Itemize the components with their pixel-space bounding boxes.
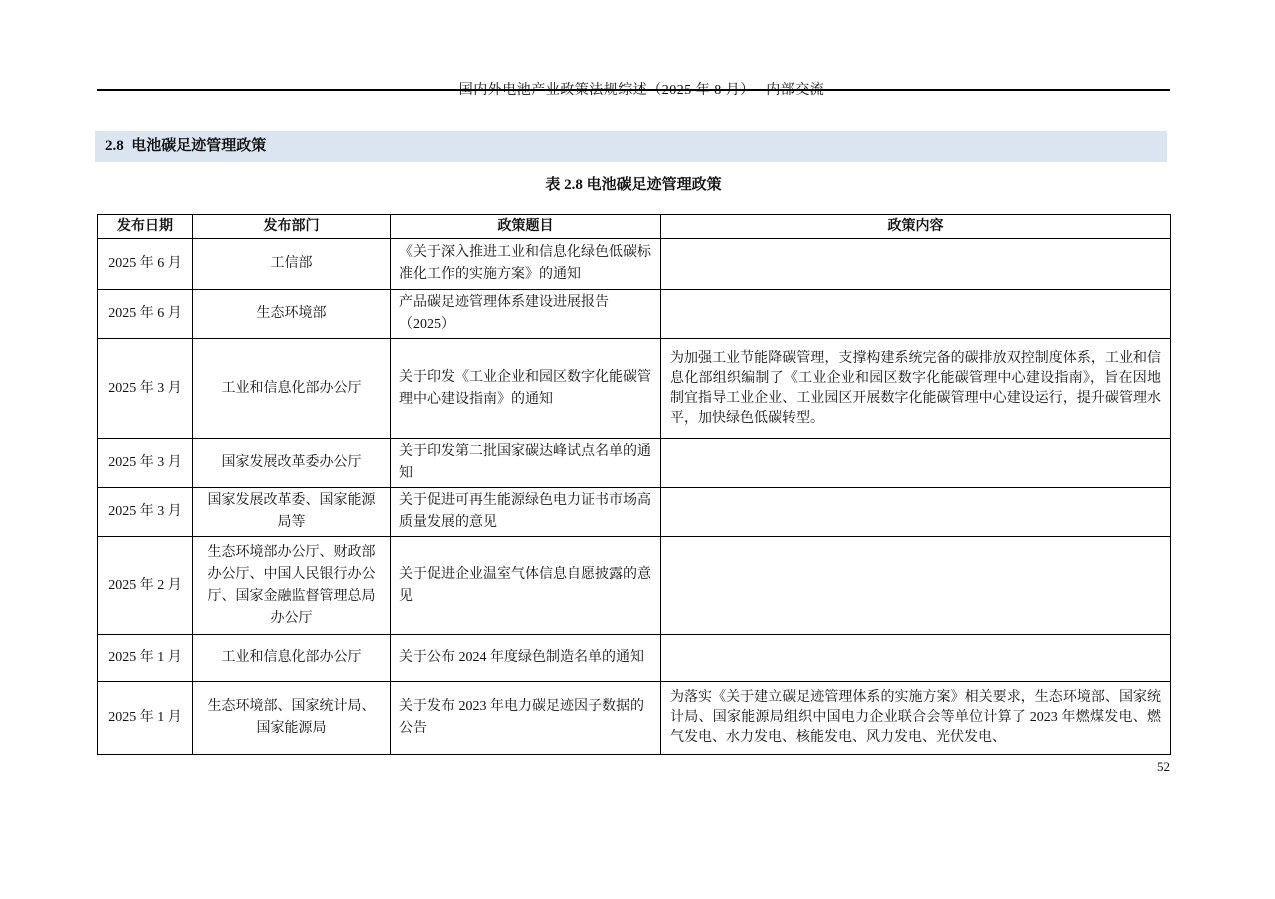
cell-policy-content: 为落实《关于建立碳足迹管理体系的实施方案》相关要求，生态环境部、国家统计局、国家… [661,682,1171,755]
cell-policy-title: 关于促进可再生能源绿色电力证书市场高质量发展的意见 [391,488,661,537]
cell-policy-content [661,439,1171,488]
table-row: 2025 年 3 月 国家发展改革委、国家能源局等 关于促进可再生能源绿色电力证… [98,488,1171,537]
table-header-row: 发布日期 发布部门 政策题目 政策内容 [98,215,1171,239]
cell-department: 生态环境部、国家统计局、国家能源局 [193,682,391,755]
cell-date: 2025 年 1 月 [98,682,193,755]
table-row: 2025 年 3 月 工业和信息化部办公厅 关于印发《工业企业和园区数字化能碳管… [98,339,1171,439]
cell-department: 生态环境部办公厅、财政部办公厅、中国人民银行办公厅、国家金融监督管理总局办公厅 [193,537,391,635]
cell-policy-title: 关于印发第二批国家碳达峰试点名单的通知 [391,439,661,488]
cell-policy-content [661,537,1171,635]
cell-date: 2025 年 6 月 [98,239,193,290]
header-rule [97,89,1170,91]
cell-date: 2025 年 3 月 [98,488,193,537]
cell-department: 工业和信息化部办公厅 [193,339,391,439]
table-row: 2025 年 3 月 国家发展改革委办公厅 关于印发第二批国家碳达峰试点名单的通… [98,439,1171,488]
column-header-department: 发布部门 [193,215,391,239]
cell-date: 2025 年 1 月 [98,635,193,682]
column-header-content: 政策内容 [661,215,1171,239]
cell-department: 工信部 [193,239,391,290]
table-row: 2025 年 1 月 工业和信息化部办公厅 关于公布 2024 年度绿色制造名单… [98,635,1171,682]
cell-policy-title: 关于印发《工业企业和园区数字化能碳管理中心建设指南》的通知 [391,339,661,439]
table-row: 2025 年 6 月 生态环境部 产品碳足迹管理体系建设进展报告（2025） [98,290,1171,339]
cell-policy-content: 为加强工业节能降碳管理，支撑构建系统完备的碳排放双控制度体系，工业和信息化部组织… [661,339,1171,439]
table-row: 2025 年 2 月 生态环境部办公厅、财政部办公厅、中国人民银行办公厅、国家金… [98,537,1171,635]
page-number: 52 [97,759,1170,775]
section-heading-2-8: 2.8 电池碳足迹管理政策 [95,131,1167,162]
cell-date: 2025 年 3 月 [98,439,193,488]
cell-date: 2025 年 2 月 [98,537,193,635]
column-header-date: 发布日期 [98,215,193,239]
cell-policy-title: 《关于深入推进工业和信息化绿色低碳标准化工作的实施方案》的通知 [391,239,661,290]
cell-policy-content [661,290,1171,339]
policy-table: 发布日期 发布部门 政策题目 政策内容 2025 年 6 月 工信部 《关于深入… [97,214,1171,755]
cell-policy-title: 关于公布 2024 年度绿色制造名单的通知 [391,635,661,682]
cell-policy-content [661,239,1171,290]
cell-department: 国家发展改革委办公厅 [193,439,391,488]
cell-department: 国家发展改革委、国家能源局等 [193,488,391,537]
cell-date: 2025 年 3 月 [98,339,193,439]
cell-policy-title: 关于发布 2023 年电力碳足迹因子数据的公告 [391,682,661,755]
table-caption: 表 2.8 电池碳足迹管理政策 [97,173,1170,194]
table-row: 2025 年 6 月 工信部 《关于深入推进工业和信息化绿色低碳标准化工作的实施… [98,239,1171,290]
cell-department: 工业和信息化部办公厅 [193,635,391,682]
cell-policy-title: 产品碳足迹管理体系建设进展报告（2025） [391,290,661,339]
cell-policy-content [661,488,1171,537]
cell-department: 生态环境部 [193,290,391,339]
column-header-title: 政策题目 [391,215,661,239]
cell-policy-content [661,635,1171,682]
cell-policy-title: 关于促进企业温室气体信息自愿披露的意见 [391,537,661,635]
document-page: 国内外电池产业政策法规综述（2025 年 8 月） 内部交流 2.8 电池碳足迹… [0,0,1275,899]
table-row: 2025 年 1 月 生态环境部、国家统计局、国家能源局 关于发布 2023 年… [98,682,1171,755]
cell-date: 2025 年 6 月 [98,290,193,339]
